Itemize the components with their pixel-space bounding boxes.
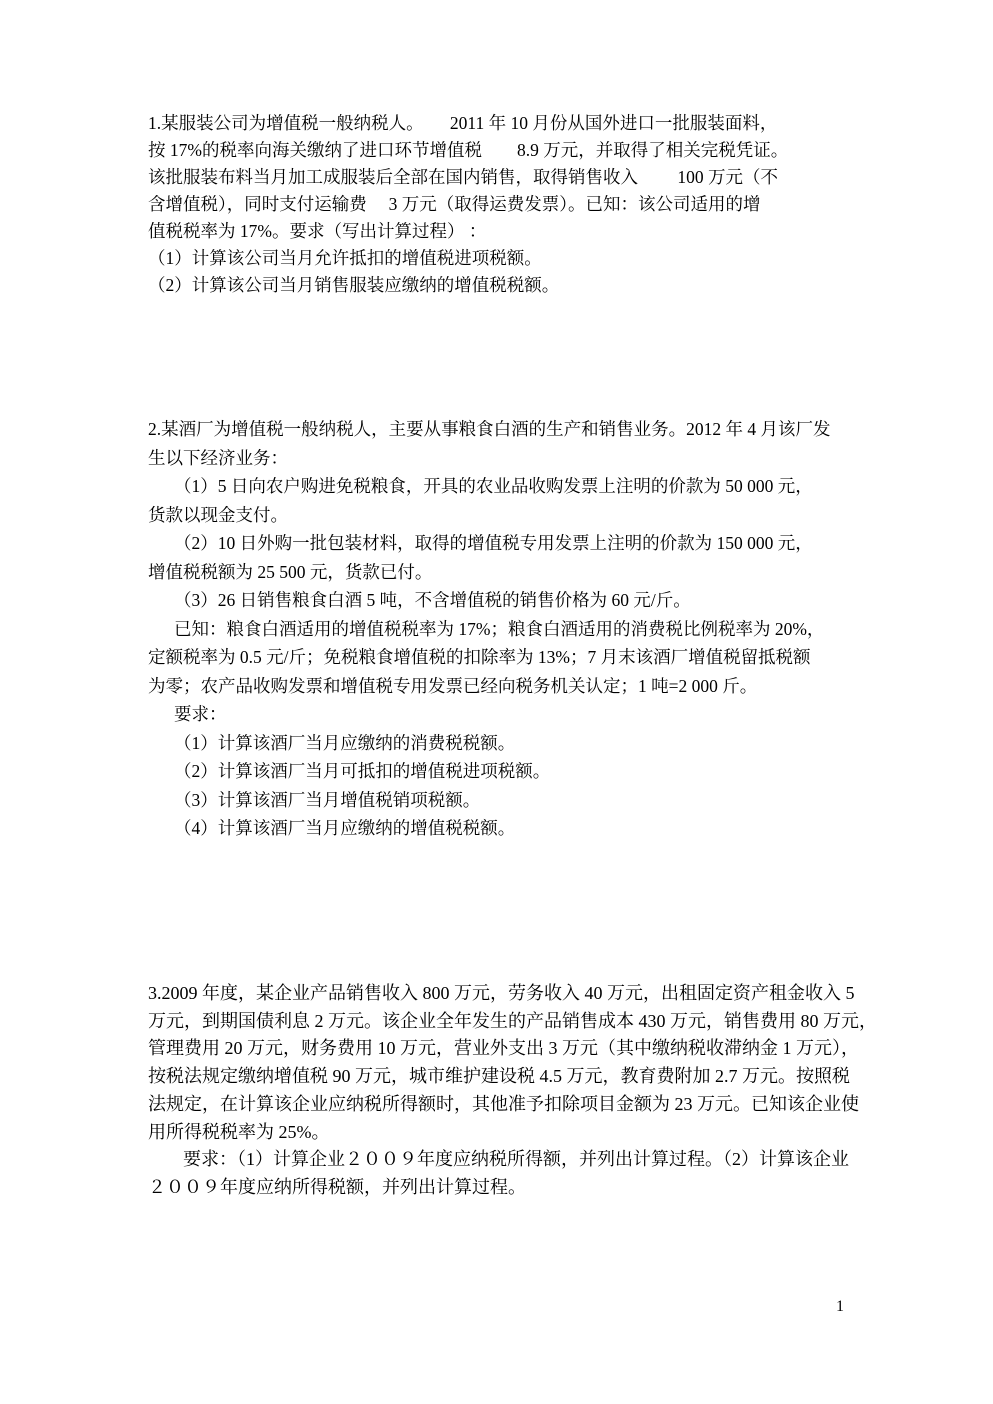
text-line: 万元，到期国债利息 2 万元。该企业全年发生的产品销售成本 430 万元，销售费… <box>148 1008 864 1036</box>
text-line: 管理费用 20 万元，财务费用 10 万元，营业外支出 3 万元（其中缴纳税收滞… <box>148 1035 864 1063</box>
text-line: 已知：粮食白酒适用的增值税税率为 17%；粮食白酒适用的消费税比例税率为 20%… <box>148 615 864 644</box>
text-line: （3）计算该酒厂当月增值税销项税额。 <box>148 786 864 815</box>
text-line: 定额税率为 0.5 元/斤；免税粮食增值税的扣除率为 13%；7 月末该酒厂增值… <box>148 643 864 672</box>
text-line: 用所得税税率为 25%。 <box>148 1119 864 1147</box>
document-page: 1.某服装公司为增值税一般纳税人。 2011 年 10 月份从国外进口一批服装面… <box>0 0 993 1404</box>
text-line: 3.2009 年度，某企业产品销售收入 800 万元，劳务收入 40 万元，出租… <box>148 980 864 1008</box>
text-line: 法规定，在计算该企业应纳税所得额时，其他准予扣除项目金额为 23 万元。已知该企… <box>148 1091 864 1119</box>
text-line: 2.某酒厂为增值税一般纳税人，主要从事粮食白酒的生产和销售业务。2012 年 4… <box>148 415 864 444</box>
text-line: 值税税率为 17%。要求（写出计算过程） ： <box>148 218 864 245</box>
text-line: （4）计算该酒厂当月应缴纳的增值税税额。 <box>148 814 864 843</box>
text-line: （2）10 日外购一批包装材料，取得的增值税专用发票上注明的价款为 150 00… <box>148 529 864 558</box>
text-line: 含增值税），同时支付运输费 3 万元（取得运费发票）。已知：该公司适用的增 <box>148 191 864 218</box>
text-line: ２００９年度应纳所得税额，并列出计算过程。 <box>148 1174 864 1202</box>
text-line: 货款以现金支付。 <box>148 501 864 530</box>
text-line: （1）计算该酒厂当月应缴纳的消费税税额。 <box>148 729 864 758</box>
text-line: 增值税税额为 25 500 元，货款已付。 <box>148 558 864 587</box>
text-line: （2）计算该酒厂当月可抵扣的增值税进项税额。 <box>148 757 864 786</box>
text-line: 为零；农产品收购发票和增值税专用发票已经向税务机关认定；1 吨=2 000 斤。 <box>148 672 864 701</box>
page-number: 1 <box>828 1296 844 1318</box>
text-line: （3）26 日销售粮食白酒 5 吨，不含增值税的销售价格为 60 元/斤。 <box>148 586 864 615</box>
text-line: 要求： <box>148 700 864 729</box>
problem-2: 2.某酒厂为增值税一般纳税人，主要从事粮食白酒的生产和销售业务。2012 年 4… <box>148 415 864 843</box>
text-line: 生以下经济业务： <box>148 444 864 473</box>
text-line: （2）计算该公司当月销售服装应缴纳的增值税税额。 <box>148 272 864 299</box>
text-line: 1.某服装公司为增值税一般纳税人。 2011 年 10 月份从国外进口一批服装面… <box>148 110 864 137</box>
text-line: （1）计算该公司当月允许抵扣的增值税进项税额。 <box>148 245 864 272</box>
problem-3: 3.2009 年度，某企业产品销售收入 800 万元，劳务收入 40 万元，出租… <box>148 980 864 1202</box>
text-line: 要求：（1）计算企业２００９年度应纳税所得额，并列出计算过程。（2）计算该企业 <box>148 1146 864 1174</box>
problem-1: 1.某服装公司为增值税一般纳税人。 2011 年 10 月份从国外进口一批服装面… <box>148 110 864 299</box>
text-line: 该批服装布料当月加工成服装后全部在国内销售，取得销售收入 100 万元（不 <box>148 164 864 191</box>
text-line: 按税法规定缴纳增值税 90 万元，城市维护建设税 4.5 万元，教育费附加 2.… <box>148 1063 864 1091</box>
text-line: （1）5 日向农户购进免税粮食，开具的农业品收购发票上注明的价款为 50 000… <box>148 472 864 501</box>
text-line: 按 17%的税率向海关缴纳了进口环节增值税 8.9 万元，并取得了相关完税凭证。 <box>148 137 864 164</box>
